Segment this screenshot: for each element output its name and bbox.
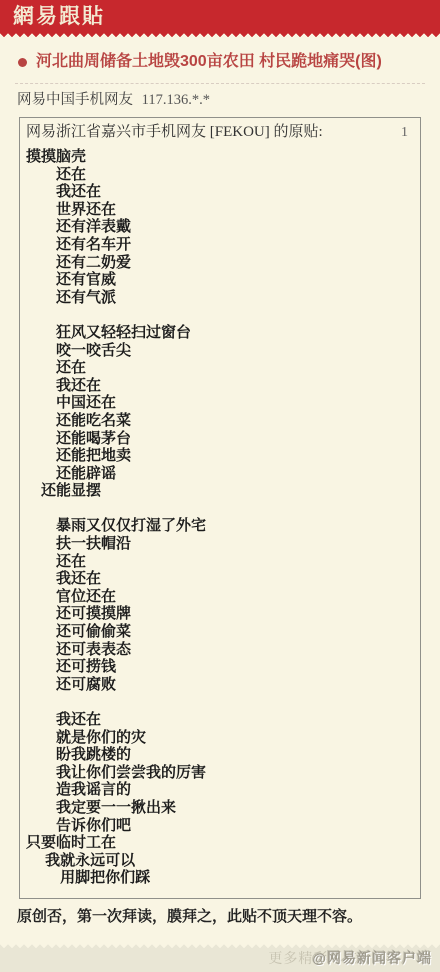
floor-number: 1 bbox=[401, 124, 412, 141]
news-headline-row[interactable]: 河北曲周储备土地毁300亩农田 村民跪地痛哭(图) bbox=[18, 52, 425, 72]
netease-comment-page: 網易跟貼 河北曲周储备土地毁300亩农田 村民跪地痛哭(图) 网易中国手机网友 … bbox=[0, 0, 440, 972]
commenter-ip: 117.136.*.* bbox=[142, 92, 210, 108]
banner-title: 網易跟貼 bbox=[13, 6, 105, 27]
quoted-post-body: 摸摸脑壳 还在 我还在 世界还在 还有洋表戴 还有名车开 还有二奶爱 还有官威 … bbox=[26, 148, 412, 887]
watermark-brand-text: @网易新闻客户端 bbox=[312, 948, 432, 968]
quoted-post-header: 网易浙江省嘉兴市手机网友 [FEKOU] 的原贴: 1 bbox=[26, 124, 412, 141]
quoted-poster-label: 网易浙江省嘉兴市手机网友 [FEKOU] 的原贴: bbox=[26, 124, 323, 141]
quoted-post-box: 网易浙江省嘉兴市手机网友 [FEKOU] 的原贴: 1 摸摸脑壳 还在 我还在 … bbox=[19, 117, 421, 899]
bullet-dot-icon bbox=[18, 58, 27, 67]
banner-sawtooth-edge bbox=[0, 33, 440, 37]
content-area: 河北曲周储备土地毁300亩农田 村民跪地痛哭(图) 网易中国手机网友 117.1… bbox=[0, 52, 440, 926]
footer-watermark-strip: 更多精彩尽在 @网易新闻客户端 bbox=[0, 944, 440, 972]
commenter-name: 网易中国手机网友 bbox=[17, 92, 133, 108]
dashed-divider bbox=[15, 83, 425, 84]
app-banner: 網易跟貼 bbox=[0, 0, 440, 33]
commenter-info: 网易中国手机网友 117.136.*.* bbox=[17, 92, 425, 109]
news-headline-link[interactable]: 河北曲周储备土地毁300亩农田 村民跪地痛哭(图) bbox=[36, 52, 382, 72]
reply-comment-text: 原创否，第一次拜读，膜拜之，此贴不顶天理不容。 bbox=[17, 907, 425, 926]
